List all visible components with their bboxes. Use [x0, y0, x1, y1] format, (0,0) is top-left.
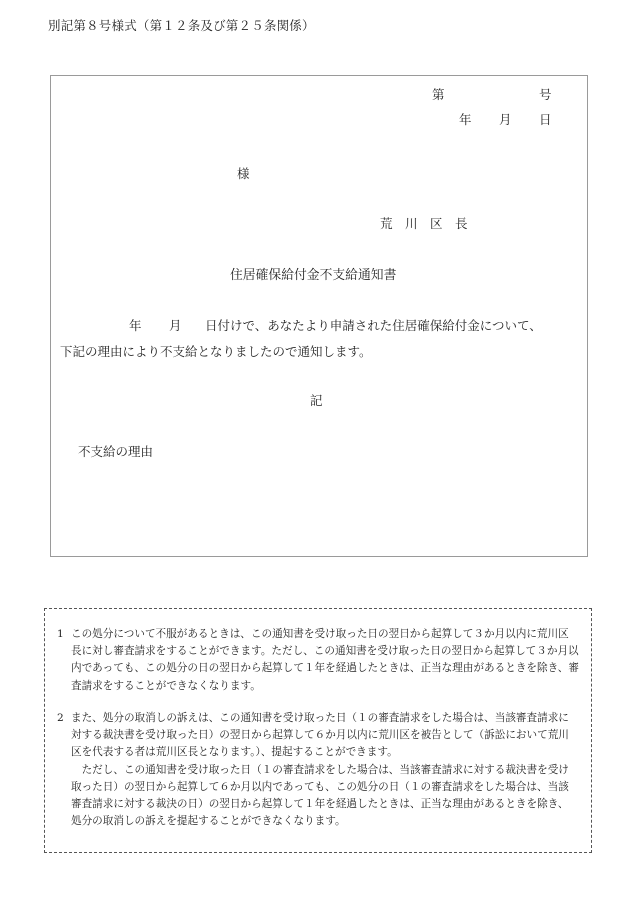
form-label: 別記第８号様式（第１２条及び第２５条関係） — [48, 16, 315, 34]
body-date-year: 年 — [129, 316, 142, 334]
body-line2: 下記の理由により不支給となりましたので通知します。 — [60, 342, 372, 360]
number-prefix: 第 — [432, 85, 445, 103]
instruction-item-2: 2 また、処分の取消しの訴えは、この通知書を受け取った日（１の審査請求をした場合… — [57, 710, 579, 830]
reason-label: 不支給の理由 — [78, 442, 153, 460]
body-date-month: 月 — [169, 316, 182, 334]
date-day: 日 — [539, 110, 552, 128]
notice-form: 第 号 年 月 日 様 荒 川 区 長 住居確保給付金不支給通知書 年 月 日付… — [50, 75, 588, 557]
date-year: 年 — [459, 110, 472, 128]
instruction-number: 1 — [57, 626, 64, 643]
date-month: 月 — [499, 110, 512, 128]
instruction-item-1: 1 この処分について不服があるときは、この通知書を受け取った日の翌日から起算して… — [57, 626, 579, 695]
number-suffix: 号 — [539, 85, 552, 103]
ki-label: 記 — [310, 391, 323, 409]
instruction-text: この処分について不服があるときは、この通知書を受け取った日の翌日から起算して３か… — [57, 626, 579, 695]
document-title: 住居確保給付金不支給通知書 — [230, 264, 396, 283]
body-line1: 日付けで、あなたより申請された住居確保給付金について、 — [205, 316, 542, 334]
instruction-text-para2: ただし、この通知書を受け取った日（１の審査請求をした場合は、当該審査請求に対する… — [57, 762, 579, 831]
instruction-text: また、処分の取消しの訴えは、この通知書を受け取った日（１の審査請求をした場合は、… — [57, 710, 579, 762]
instructions-box: 1 この処分について不服があるときは、この通知書を受け取った日の翌日から起算して… — [44, 608, 592, 853]
addressee-suffix: 様 — [237, 164, 250, 182]
instruction-number: 2 — [57, 710, 64, 727]
issuer: 荒 川 区 長 — [380, 214, 468, 232]
